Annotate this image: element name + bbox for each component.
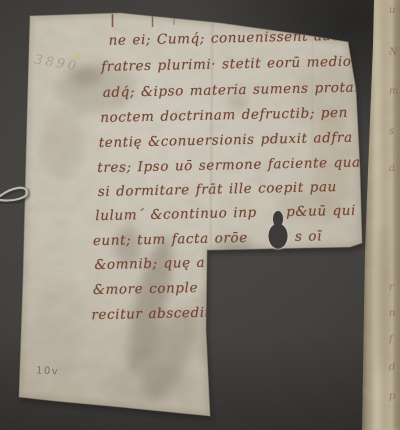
manuscript-line: &more conple: [93, 280, 199, 298]
edge-letter: a: [389, 163, 395, 174]
manuscript-line: lulum´ &continuo inp p&uū qui: [95, 203, 356, 224]
edge-letter: r: [389, 282, 394, 293]
paper-clip: [0, 188, 28, 203]
folio-number: 10v: [36, 365, 60, 377]
edge-letter: N: [389, 47, 398, 58]
edge-letter: n: [389, 308, 395, 319]
manuscript-line: fratres plurimi· stetit eorū medio;: [101, 54, 357, 75]
manuscript-line: si dormitare frāt ille coepit pau: [98, 179, 337, 200]
edge-letter: f: [389, 334, 393, 345]
manuscript-line: &omnib; quę a: [94, 255, 205, 273]
manuscript-line: tres; Ipso uō sermone faciente qua: [97, 155, 361, 177]
manuscript-line: recitur abscedit: [91, 305, 211, 323]
manuscript-line: noctem doctrinam defructib; pen: [100, 105, 348, 126]
manuscript-line: adq́; &ipso materia sumens protam: [103, 79, 368, 101]
manuscript-line: eunt; tum facta orōe s oī: [93, 228, 322, 249]
edge-letter: d: [389, 362, 395, 373]
manuscript-photo: ne ei; Cumq́; conuenissent adéum fratres…: [0, 0, 400, 430]
edge-letter: s: [389, 126, 394, 137]
edge-letter: m: [389, 86, 398, 97]
manuscript-line: tentię &conuersionis pduxit adfra: [99, 130, 353, 151]
edge-letter: p: [389, 391, 395, 402]
edge-letter: u: [389, 5, 395, 16]
